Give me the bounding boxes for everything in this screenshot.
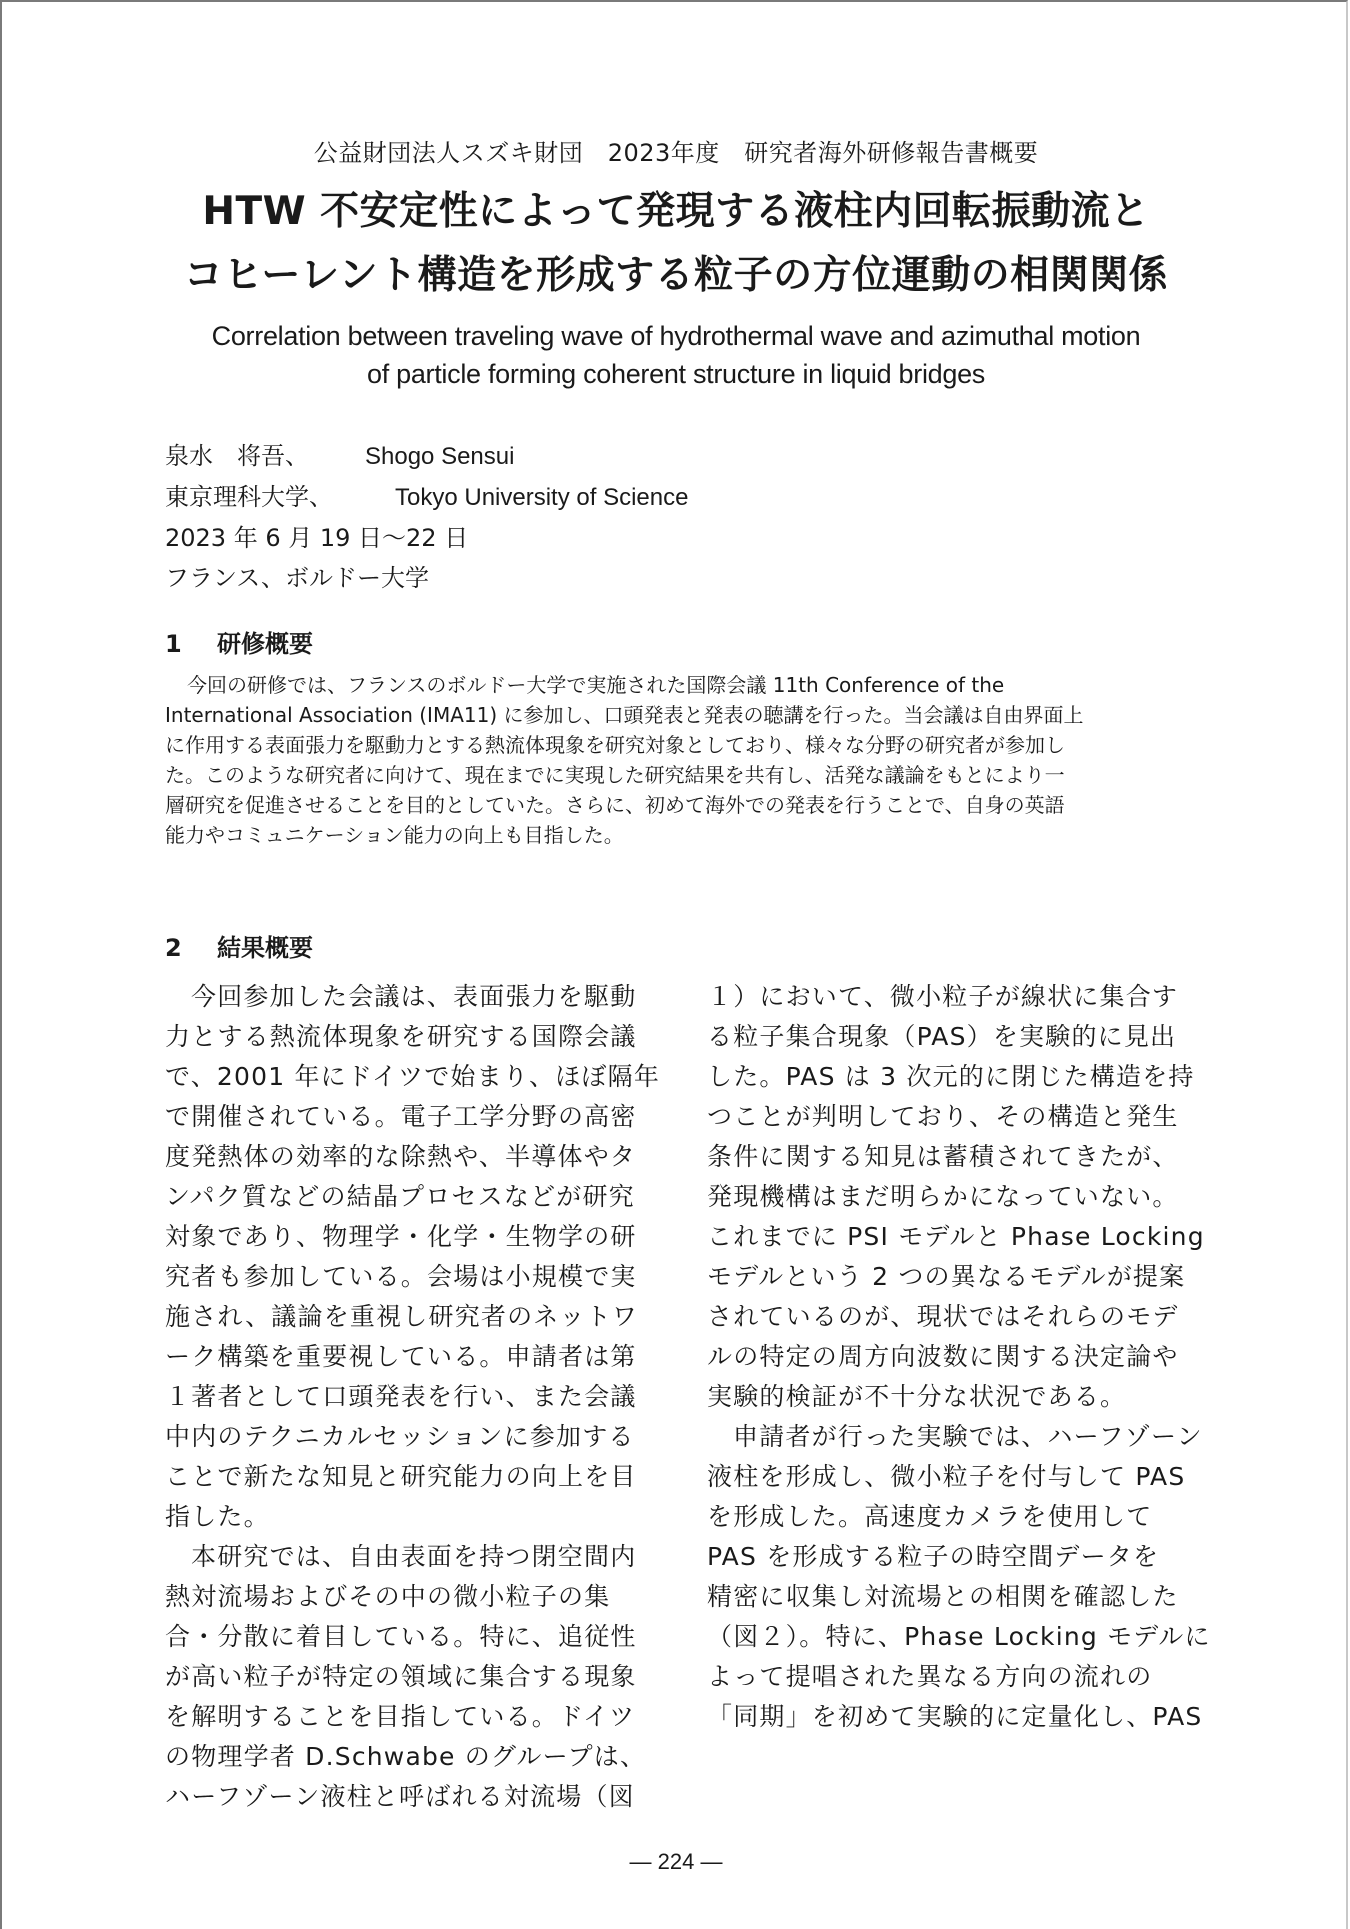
report-header: 公益財団法人スズキ財団 2023年度 研究者海外研修報告書概要 <box>2 133 1350 168</box>
body-line: つことが判明しており、その構造と発生 <box>707 1097 1197 1137</box>
body-line: 今回参加した会議は、表面張力を駆動 <box>165 977 655 1017</box>
body-line: で開催されている。電子工学分野の高密 <box>165 1097 655 1137</box>
body-line: した。PAS は 3 次元的に閉じた構造を持 <box>707 1057 1197 1097</box>
section-1-title: 研修概要 <box>217 630 313 658</box>
body-line: 施され、議論を重視し研究者のネットワ <box>165 1297 655 1337</box>
body-line: 条件に関する知見は蓄積されてきたが、 <box>707 1137 1197 1177</box>
body-line: 合・分散に着目している。特に、追従性 <box>165 1617 655 1657</box>
body-line: PAS を形成する粒子の時空間データを <box>707 1537 1197 1577</box>
section-1-heading: 1研修概要 <box>165 624 313 659</box>
body-line: 指した。 <box>165 1497 655 1537</box>
body-line: （図２）。特に、Phase Locking モデルに <box>707 1617 1197 1657</box>
affiliation-row: 東京理科大学、Tokyo University of Science <box>165 477 688 518</box>
body-line: 力とする熱流体現象を研究する国際会議 <box>165 1017 655 1057</box>
body-line: されているのが、現状ではそれらのモデ <box>707 1297 1197 1337</box>
training-location: フランス、ボルドー大学 <box>165 558 688 598</box>
body-line: ンパク質などの結晶プロセスなどが研究 <box>165 1177 655 1217</box>
body-line: で、2001 年にドイツで始まり、ほぼ隔年 <box>165 1057 655 1097</box>
body-line: 能力やコミュニケーション能力の向上も目指した。 <box>165 820 1195 850</box>
author-name-row: 泉水 将吾、Shogo Sensui <box>165 436 688 477</box>
section-2-left-column: 今回参加した会議は、表面張力を駆動 力とする熱流体現象を研究する国際会議 で、2… <box>165 977 655 1817</box>
author-name-en: Shogo Sensui <box>365 443 514 470</box>
body-line: を形成した。高速度カメラを使用して <box>707 1497 1197 1537</box>
body-line: 実験的検証が不十分な状況である。 <box>707 1377 1197 1417</box>
section-2-title: 結果概要 <box>217 934 313 962</box>
body-line: を解明することを目指している。ドイツ <box>165 1697 655 1737</box>
body-line: 今回の研修では、フランスのボルドー大学で実施された国際会議 11th Confe… <box>165 670 1195 700</box>
body-line: １著者として口頭発表を行い、また会議 <box>165 1377 655 1417</box>
body-line: の物理学者 D.Schwabe のグループは、 <box>165 1737 655 1777</box>
body-line: 度発熱体の効率的な除熱や、半導体やタ <box>165 1137 655 1177</box>
body-line: 申請者が行った実験では、ハーフゾーン <box>707 1417 1197 1457</box>
body-line: よって提唱された異なる方向の流れの <box>707 1657 1197 1697</box>
title-ja-line-1: HTW 不安定性によって発現する液柱内回転振動流と <box>2 180 1350 236</box>
body-line: １）において、微小粒子が線状に集合す <box>707 977 1197 1017</box>
body-line: ーク構築を重要視している。申請者は第 <box>165 1337 655 1377</box>
body-line: ことで新たな知見と研究能力の向上を目 <box>165 1457 655 1497</box>
body-line: 精密に収集し対流場との相関を確認した <box>707 1577 1197 1617</box>
body-line: が高い粒子が特定の領域に集合する現象 <box>165 1657 655 1697</box>
section-1-number: 1 <box>165 630 217 658</box>
title-en-line-2: of particle forming coherent structure i… <box>2 359 1350 390</box>
body-line: 対象であり、物理学・化学・生物学の研 <box>165 1217 655 1257</box>
body-line: に作用する表面張力を駆動力とする熱流体現象を研究対象としており、様々な分野の研究… <box>165 730 1195 760</box>
body-line: これまでに PSI モデルと Phase Locking <box>707 1217 1197 1257</box>
body-line: International Association (IMA11) に参加し、口… <box>165 700 1195 730</box>
affiliation-en: Tokyo University of Science <box>395 484 688 511</box>
body-line: 究者も参加している。会場は小規模で実 <box>165 1257 655 1297</box>
body-line: ルの特定の周方向波数に関する決定論や <box>707 1337 1197 1377</box>
body-line: 発現機構はまだ明らかになっていない。 <box>707 1177 1197 1217</box>
body-line: 本研究では、自由表面を持つ閉空間内 <box>165 1537 655 1577</box>
section-2-right-column: １）において、微小粒子が線状に集合す る粒子集合現象（PAS）を実験的に見出 し… <box>707 977 1197 1737</box>
body-line: モデルという 2 つの異なるモデルが提案 <box>707 1257 1197 1297</box>
body-line: ハーフゾーン液柱と呼ばれる対流場（図 <box>165 1777 655 1817</box>
section-1-body: 今回の研修では、フランスのボルドー大学で実施された国際会議 11th Confe… <box>165 670 1195 850</box>
title-en-line-1: Correlation between traveling wave of hy… <box>2 321 1350 352</box>
body-line: た。このような研究者に向けて、現在までに実現した研究結果を共有し、活発な議論をも… <box>165 760 1195 790</box>
body-line: 「同期」を初めて実験的に定量化し、PAS <box>707 1697 1197 1737</box>
document-page: 公益財団法人スズキ財団 2023年度 研究者海外研修報告書概要 HTW 不安定性… <box>0 0 1348 1929</box>
author-info: 泉水 将吾、Shogo Sensui 東京理科大学、Tokyo Universi… <box>165 436 688 598</box>
training-dates: 2023 年 6 月 19 日～22 日 <box>165 518 688 558</box>
page-number: ― 224 ― <box>2 1849 1350 1875</box>
author-name-ja: 泉水 将吾、 <box>165 442 309 470</box>
affiliation-ja: 東京理科大学、 <box>165 483 333 511</box>
title-ja-line-2: コヒーレント構造を形成する粒子の方位運動の相関関係 <box>2 244 1350 300</box>
body-line: 液柱を形成し、微小粒子を付与して PAS <box>707 1457 1197 1497</box>
section-2-number: 2 <box>165 934 217 962</box>
body-line: 中内のテクニカルセッションに参加する <box>165 1417 655 1457</box>
body-line: 層研究を促進させることを目的としていた。さらに、初めて海外での発表を行うことで、… <box>165 790 1195 820</box>
body-line: る粒子集合現象（PAS）を実験的に見出 <box>707 1017 1197 1057</box>
body-line: 熱対流場およびその中の微小粒子の集 <box>165 1577 655 1617</box>
section-2-heading: 2結果概要 <box>165 928 313 963</box>
